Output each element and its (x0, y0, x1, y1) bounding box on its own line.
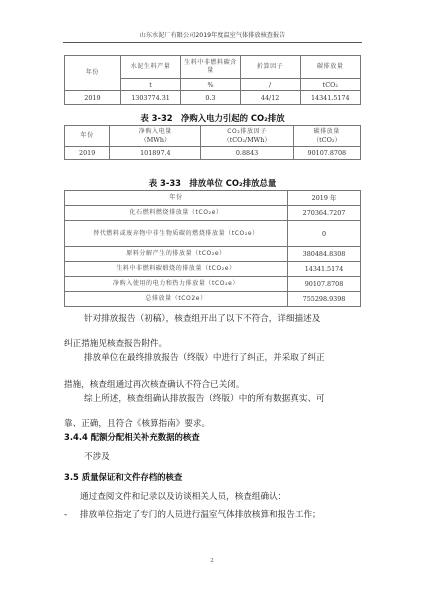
table-caption-3-33: 表 3-33 排放单位 CO₂排放总量 (64, 177, 361, 189)
unit-factor: / (240, 79, 300, 91)
table-purchased-electricity: 年份 净购入电量 （MWh） CO₂排放因子 （tCO₂/MWh） 碳排放量 （… (64, 125, 361, 160)
page-header-title: 山东水泥厂有限公司2019年度温室气体排放核查报告 (63, 30, 362, 42)
purchased-power-unit: （MWh） (112, 136, 198, 144)
col-header-raw-output: 水泥生料产量 (120, 56, 180, 79)
cell-factor: 44/12 (240, 91, 300, 105)
col-header-item: 年份 (65, 191, 288, 206)
table-row: 原料分解产生的排放量（tCO₂e） 380484.8308 (65, 247, 361, 262)
table-row: 生料中非燃料碳煅烧的排放量（tCO₂e） 14341.5174 (65, 262, 361, 277)
unit-emission: tCO₂ (300, 79, 360, 91)
paragraph-1-line-1: 针对排放报告（初稿），核查组开出了以下不符合，详细描述及 (84, 313, 320, 325)
purchased-power-label: 净购入电量 (112, 128, 198, 136)
emission-label: 碳排放量 (296, 128, 358, 136)
header-rule (63, 42, 362, 43)
col-header-year: 年份 (65, 126, 110, 147)
col-header-emission: 碳排放量 (300, 56, 360, 79)
row-label-purchased-power-heat: 净购入使用的电力和热力排放量（tCO₂e） (65, 277, 288, 292)
unit-raw-output: t (120, 79, 180, 91)
row-label-fossil-fuel: 化石燃料燃烧排放量（tCO₂e） (65, 206, 288, 221)
table-row: 化石燃料燃烧排放量（tCO₂e） 270364.7207 (65, 206, 361, 221)
cell-emission-factor: 0.8843 (201, 147, 293, 160)
paragraph-2-line-1: 排放单位在最终排放报告（终版）中进行了纠正，并采取了纠正 (84, 352, 325, 364)
row-label-alt-fuel: 替代燃料或废弃物中非生物质碳的燃烧排放量（tCO₂e） (65, 221, 288, 247)
unit-non-fuel-carbon: % (181, 79, 241, 91)
cell-raw-output: 1303774.31 (120, 91, 180, 105)
bullet-marker: - (64, 509, 67, 521)
table-row: 净购入使用的电力和热力排放量（tCO₂e） 90107.8708 (65, 277, 361, 292)
section-heading-3-4-4: 3.4.4 配额分配相关补充数据的核查 (64, 431, 200, 443)
col-header-year: 年份 (65, 56, 121, 91)
row-label-raw-decomposition: 原料分解产生的排放量（tCO₂e） (65, 247, 288, 262)
emission-factor-label: CO₂排放因子 (203, 128, 290, 136)
emission-unit: （tCO₂） (296, 136, 358, 144)
table-raw-meal-emission: 年份 水泥生料产量 生料中非燃料碳含量 折算因子 碳排放量 t % / tCO₂… (64, 55, 361, 105)
paragraph-3-line-1: 综上所述，核查组确认排放报告（终版）中的所有数据真实、可 (84, 393, 325, 405)
table-row: 2019 101897.4 0.8843 90107.8708 (65, 147, 361, 160)
cell-purchased-power: 101897.4 (110, 147, 201, 160)
paragraph-3-line-2: 靠、正确，且符合《核算指南》要求。 (64, 418, 210, 430)
paragraph-1-line-2: 纠正措施见核查报告附件。 (64, 338, 167, 350)
col-header-purchased-power: 净购入电量 （MWh） (110, 126, 201, 147)
page-number: 2 (207, 558, 217, 564)
paragraph-review-method: 通过查阅文件和记录以及访谈相关人员，核查组确认： (80, 491, 286, 503)
paragraph-2-line-2: 措施，核查组通过再次核查确认不符合已关闭。 (64, 379, 244, 391)
row-label-total: 总排放量（tCO2e） (65, 292, 288, 307)
emission-factor-unit: （tCO₂/MWh） (203, 136, 290, 144)
col-header-emission-factor: CO₂排放因子 （tCO₂/MWh） (201, 126, 293, 147)
row-value-purchased-power-heat: 90107.8708 (288, 277, 361, 292)
cell-year: 2019 (65, 147, 110, 160)
row-value-non-fuel-carbon: 14341.5174 (288, 262, 361, 277)
row-value-total: 755298.9398 (288, 292, 361, 307)
cell-year: 2019 (65, 91, 121, 105)
col-header-year-value: 2019 年 (288, 191, 361, 206)
cell-emission: 90107.8708 (293, 147, 360, 160)
col-header-factor: 折算因子 (240, 56, 300, 79)
row-value-raw-decomposition: 380484.8308 (288, 247, 361, 262)
table-caption-3-32: 表 3-32 净购入电力引起的 CO₂排放 (64, 112, 361, 124)
row-label-non-fuel-carbon: 生料中非燃料碳煅烧的排放量（tCO₂e） (65, 262, 288, 277)
col-header-emission: 碳排放量 （tCO₂） (293, 126, 360, 147)
table-row: 总排放量（tCO2e） 755298.9398 (65, 292, 361, 307)
table-total-emission: 年份 2019 年 化石燃料燃烧排放量（tCO₂e） 270364.7207 替… (64, 190, 361, 307)
paragraph-not-applicable: 不涉及 (84, 451, 110, 463)
table-row: 2019 1303774.31 0.3 44/12 14341.5174 (65, 91, 361, 105)
row-value-alt-fuel: 0 (288, 221, 361, 247)
row-value-fossil-fuel: 270364.7207 (288, 206, 361, 221)
bullet-item-1: 排放单位指定了专门的人员进行温室气体排放核算和报告工作； (80, 509, 321, 521)
section-heading-3-5: 3.5 质量保证和文件存档的核查 (64, 471, 182, 483)
cell-emission: 14341.5174 (300, 91, 360, 105)
col-header-non-fuel-carbon: 生料中非燃料碳含量 (181, 56, 241, 79)
cell-non-fuel-carbon: 0.3 (181, 91, 241, 105)
table-row: 替代燃料或废弃物中非生物质碳的燃烧排放量（tCO₂e） 0 (65, 221, 361, 247)
